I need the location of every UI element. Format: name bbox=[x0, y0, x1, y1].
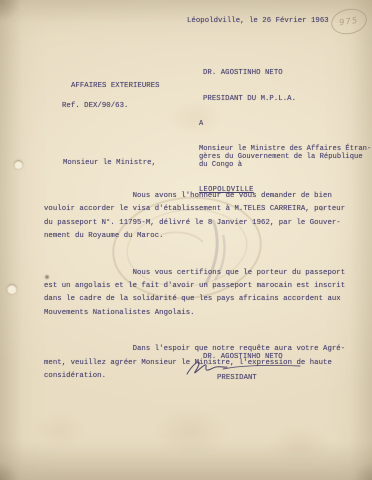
punch-hole bbox=[7, 284, 17, 294]
corner-number: 975 bbox=[339, 15, 359, 28]
salutation: Monsieur le Ministre, bbox=[63, 159, 156, 167]
body-paragraph: Nous vous certifions que le porteur du p… bbox=[44, 267, 356, 321]
sender-title: PRESIDANT DU M.P.L.A. bbox=[203, 95, 296, 104]
department-line: AFFAIRES EXTERIEURES bbox=[71, 82, 160, 90]
recipient-intro: A bbox=[199, 120, 371, 128]
signature-title: PRESIDANT bbox=[217, 374, 257, 382]
body-paragraph: Nous avons l'honneur de vous demander de… bbox=[44, 190, 356, 244]
recipient-address: Monsieur le Ministre des Affaires Étran-… bbox=[199, 145, 371, 170]
letter-document: Léopoldville, le 26 Février 1963 975 DR.… bbox=[0, 0, 372, 480]
pencil-circled-number: 975 bbox=[329, 6, 369, 38]
dateline: Léopoldville, le 26 Février 1963 bbox=[187, 17, 329, 25]
sender-name: DR. AGOSTINHO NETO bbox=[203, 69, 296, 78]
punch-hole bbox=[14, 160, 23, 169]
reference-number: Ref. DEX/90/63. bbox=[62, 102, 128, 110]
